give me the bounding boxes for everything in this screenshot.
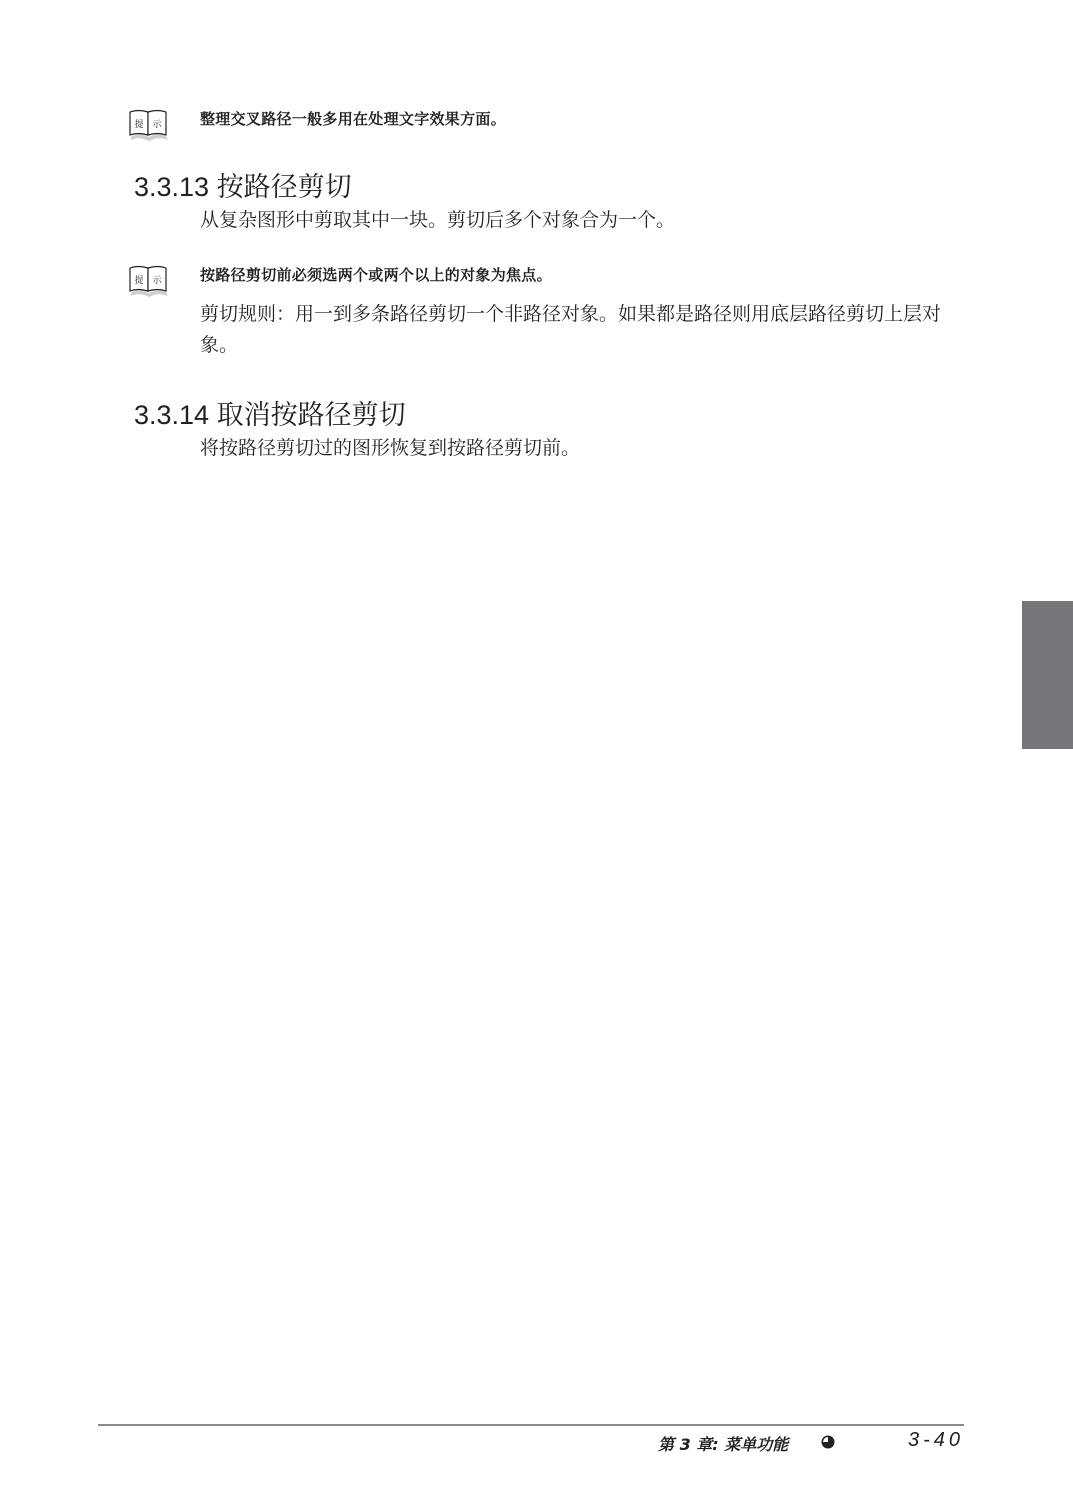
section-heading: 3.3.14 取消按路径剪切	[134, 393, 406, 432]
tip-text: 整理交叉路径一般多用在处理文字效果方面。	[200, 108, 506, 129]
svg-text:提: 提	[134, 274, 143, 286]
paragraph: 从复杂图形中剪取其中一块。剪切后多个对象合为一个。	[200, 205, 960, 236]
half-circle-icon	[820, 1434, 836, 1450]
section-heading: 3.3.13 按路径剪切	[134, 165, 352, 204]
paragraph: 将按路径剪切过的图形恢复到按路径剪切前。	[200, 433, 960, 464]
paragraph: 剪切规则：用一到多条路径剪切一个非路径对象。如果都是路径则用底层路径剪切上层对象…	[200, 299, 970, 361]
tip-book-icon: 提 示	[126, 106, 170, 142]
chapter-side-tab	[1022, 601, 1073, 749]
footer-rule	[98, 1424, 964, 1426]
tip-text: 按路径剪切前必须选两个或两个以上的对象为焦点。	[200, 264, 552, 285]
svg-text:示: 示	[152, 275, 162, 286]
svg-text:示: 示	[152, 119, 162, 130]
svg-text:提: 提	[134, 118, 143, 130]
footer-chapter: 第 3 章: 菜单功能	[658, 1432, 788, 1455]
page-number: 3-40	[908, 1429, 964, 1452]
tip-book-icon: 提 示	[126, 262, 170, 298]
